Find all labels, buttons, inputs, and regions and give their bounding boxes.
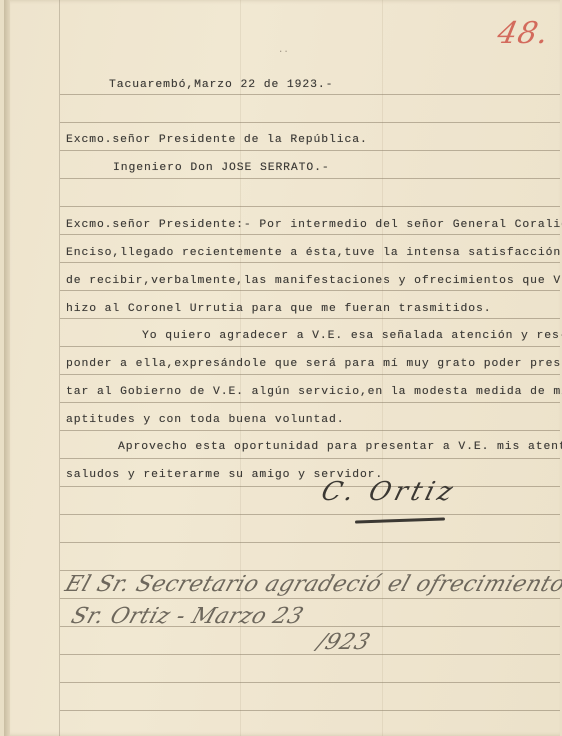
ruled-line [60, 234, 560, 235]
body-line: hizo al Coronel Urrutia para que me fuer… [66, 303, 491, 315]
ruled-line [60, 262, 560, 263]
ruled-line [60, 94, 560, 95]
ruled-line [60, 290, 560, 291]
addressee-line: Excmo.señor Presidente de la República. [66, 134, 368, 146]
ruled-line [60, 542, 560, 543]
ruled-line [60, 206, 560, 207]
ruled-line [60, 346, 560, 347]
body-line: Excmo.señor Presidente:- Por intermedio … [66, 219, 562, 231]
paper-edge [4, 0, 10, 736]
ruled-line [60, 486, 560, 487]
ruled-line [60, 402, 560, 403]
handwritten-note-line: El Sr. Secretario agradeció el ofrecimie… [62, 572, 562, 597]
ruled-line [60, 374, 560, 375]
ruled-line [60, 430, 560, 431]
body-line: Yo quiero agradecer a V.E. esa señalada … [142, 330, 562, 342]
handwritten-note-year: /923 [314, 630, 374, 655]
place-date-line: Tacuarembó,Marzo 22 de 1923.- [109, 79, 333, 91]
body-line: Aprovecho esta oportunidad para presenta… [118, 441, 562, 453]
folio-number: 48. [494, 16, 552, 51]
ruled-line [60, 318, 560, 319]
body-line: aptitudes y con toda buena voluntad. [66, 414, 344, 426]
body-line: ponder a ella,expresándole que será para… [66, 358, 562, 370]
ruled-line [60, 710, 560, 711]
handwritten-note-line: Sr. Ortiz - Marzo 23 [68, 604, 307, 629]
ruled-line [60, 514, 560, 515]
ruled-line [60, 682, 560, 683]
body-line: Enciso,llegado recientemente a ésta,tuve… [66, 247, 561, 259]
addressee-name-line: Ingeniero Don JOSE SERRATO.- [113, 162, 330, 174]
ruled-line [60, 178, 560, 179]
ruled-line [60, 598, 560, 599]
ruled-line [60, 150, 560, 151]
ruled-line [60, 570, 560, 571]
smudge-marks: ·· [278, 47, 286, 49]
signature: C. Ortiz [318, 477, 460, 507]
ruled-line [60, 122, 560, 123]
body-line: tar al Gobierno de V.E. algún servicio,e… [66, 386, 562, 398]
ruled-line [60, 458, 560, 459]
ruled-line [60, 654, 560, 655]
body-line: de recibir,verbalmente,las manifestacion… [66, 275, 562, 287]
